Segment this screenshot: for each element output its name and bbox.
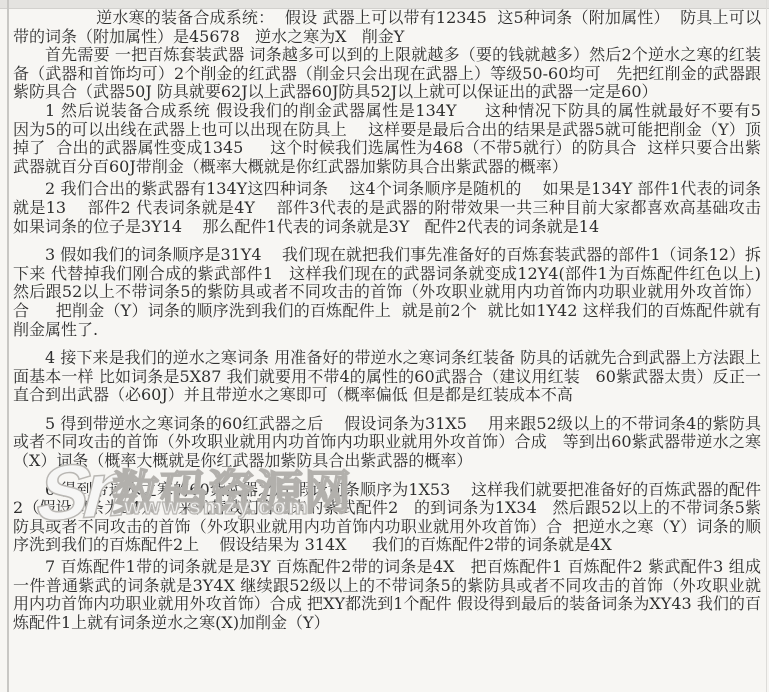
paragraph: 首先需要 一把百炼套装武器 词条越多可以到的上限就越多（要的钱就越多）然后2个逆… <box>13 46 761 102</box>
paragraph: 3 假如我们的词条顺序是31Y4 我们现在就把我们事先准备好的百炼套装武器的部件… <box>13 246 761 339</box>
paragraph: 7 百炼配件1带的词条就是是3Y 百炼配件2带的词条是4X 把百炼配件1 百炼配… <box>13 558 761 632</box>
paragraph: 1 然后说装备合成系统 假设我们的削金武器属性是134Y 这种情况下防具的属性就… <box>13 102 761 176</box>
paragraph: 6 得到带逆水之寒的60紫武器之后 假设词条顺序为1X53 这样我们就要把准备好… <box>13 481 761 555</box>
document-body-text: 逆水寒的装备合成系统： 假设 武器上可以带有12345 这5种词条（附加属性） … <box>13 9 761 632</box>
paragraph: 4 接下来是我们的逆水之寒词条 用准备好的带逆水之寒词条红装备 防具的话就先合到… <box>13 349 761 405</box>
paragraph: 逆水寒的装备合成系统： 假设 武器上可以带有12345 这5种词条（附加属性） … <box>13 9 761 46</box>
paragraph: 2 我们合出的紫武器有134Y这四种词条 这4个词条顺序是随机的 如果是134Y… <box>13 180 761 236</box>
paragraph: 5 得到带逆水之寒词条的60红武器之后 假设词条为31X5 用来跟52级以上的不… <box>13 415 761 471</box>
page-left-border <box>7 0 9 692</box>
document-page: 逆水寒的装备合成系统： 假设 武器上可以带有12345 这5种词条（附加属性） … <box>0 0 769 692</box>
